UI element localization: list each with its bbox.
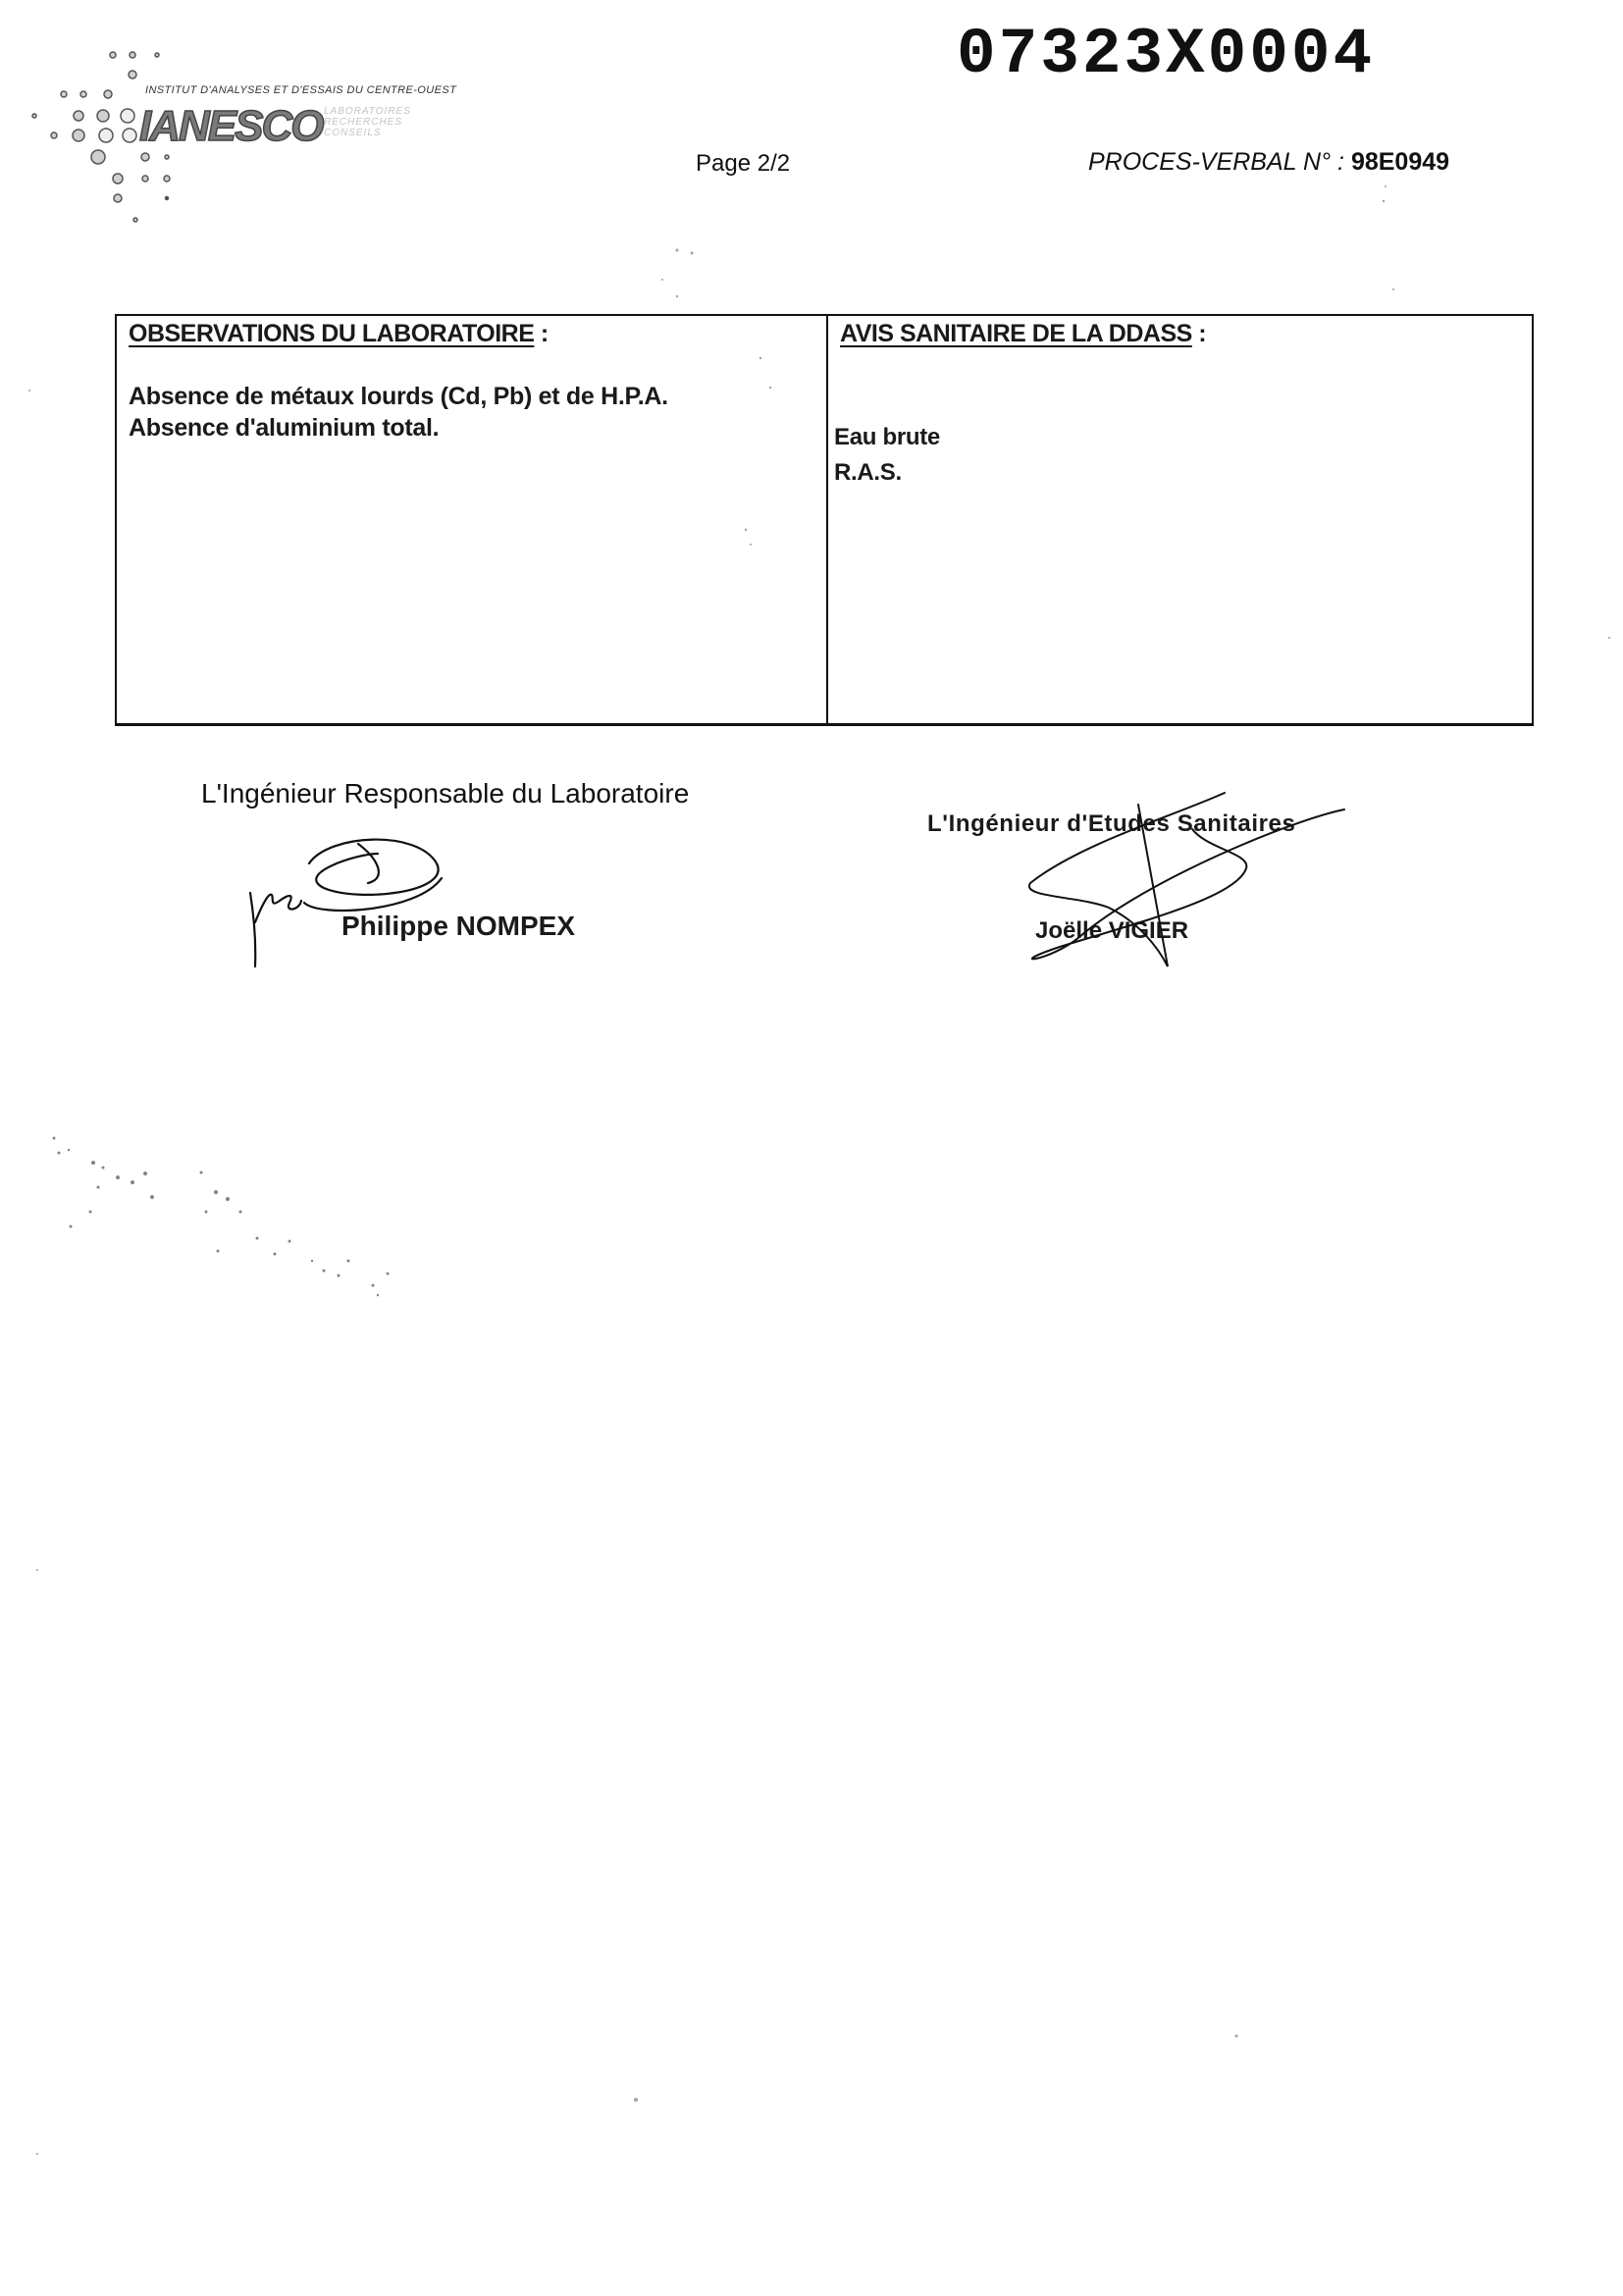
observation-line: Absence d'aluminium total. (129, 412, 668, 444)
proces-verbal-number: 98E0949 (1351, 148, 1449, 176)
logo-subtitle: LABORATOIRES RECHERCHES CONSEILS (324, 106, 411, 138)
avis-line: Eau brute (834, 420, 940, 455)
observations-text: Absence de métaux lourds (Cd, Pb) et de … (129, 381, 668, 444)
avis-line: R.A.S. (834, 455, 940, 491)
document-code: 07323X0004 (957, 18, 1375, 91)
lab-engineer-title: L'Ingénieur Responsable du Laboratoire (201, 778, 689, 809)
logo-tagline: INSTITUT D'ANALYSES ET D'ESSAIS DU CENTR… (145, 84, 456, 96)
observations-cell: OBSERVATIONS DU LABORATOIRE : Absence de… (117, 316, 828, 723)
lab-engineer-name: Philippe NOMPEX (341, 911, 575, 942)
observations-table: OBSERVATIONS DU LABORATOIRE : Absence de… (115, 314, 1534, 726)
signature-nompex-icon (240, 824, 496, 971)
avis-sanitaire-text: Eau brute R.A.S. (834, 420, 940, 491)
observation-line: Absence de métaux lourds (Cd, Pb) et de … (129, 381, 668, 412)
observations-heading: OBSERVATIONS DU LABORATOIRE : (129, 320, 549, 348)
sanitary-engineer-name: Joëlle VIGIER (1035, 917, 1188, 945)
page-number: Page 2/2 (696, 150, 790, 178)
avis-sanitaire-heading: AVIS SANITAIRE DE LA DDASS : (840, 320, 1206, 348)
sanitary-engineer-title: L'Ingénieur d'Etudes Sanitaires (927, 810, 1295, 838)
proces-verbal-label: PROCES-VERBAL N° : (1088, 148, 1351, 176)
logo-wordmark: IANESCO (139, 102, 322, 151)
proces-verbal-reference: PROCES-VERBAL N° : 98E0949 (1088, 148, 1449, 177)
avis-sanitaire-cell: AVIS SANITAIRE DE LA DDASS : Eau brute R… (828, 316, 1532, 723)
